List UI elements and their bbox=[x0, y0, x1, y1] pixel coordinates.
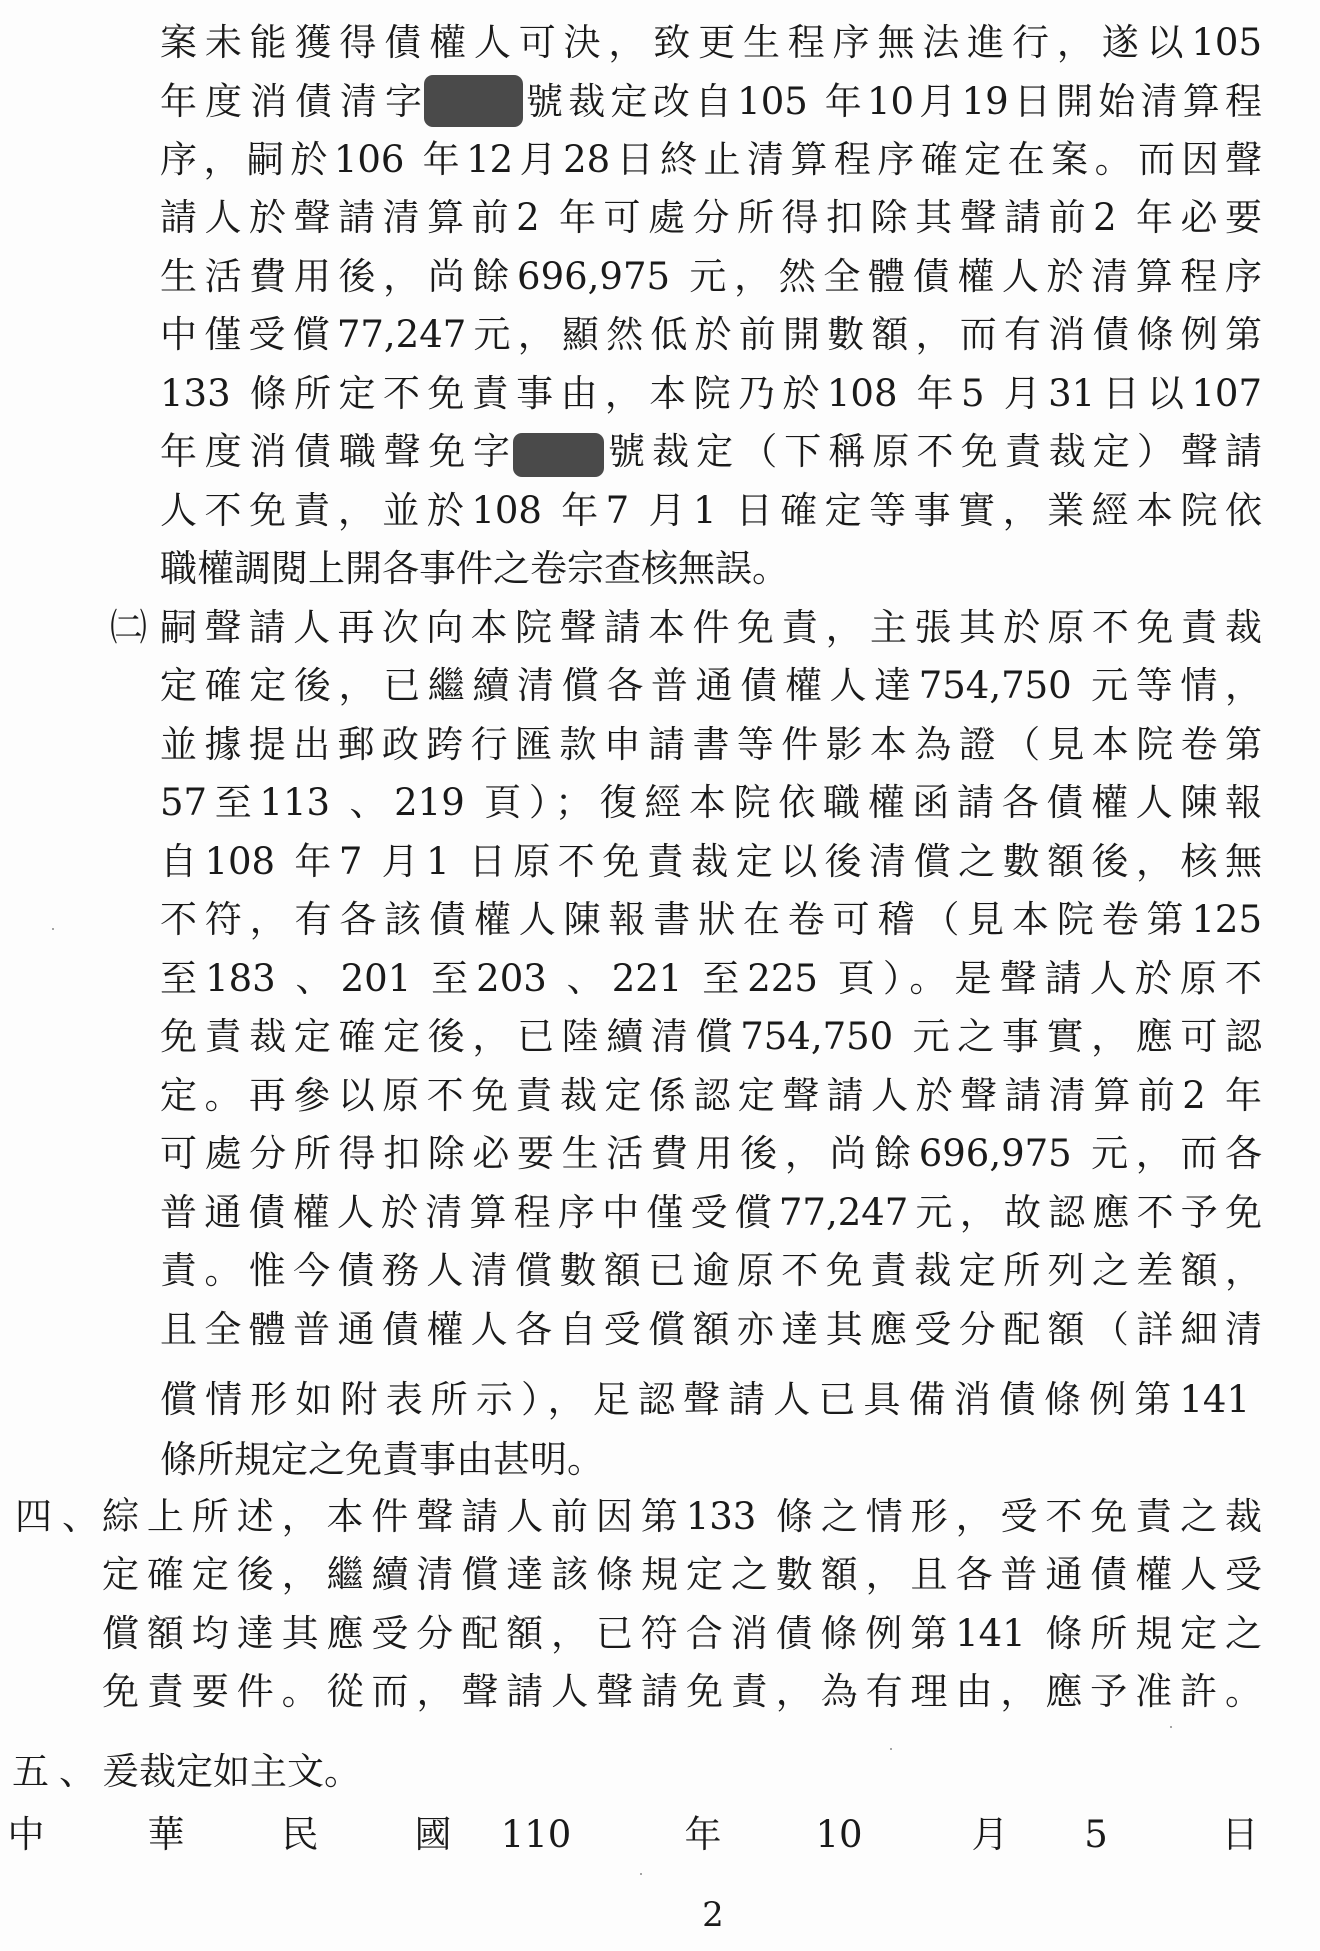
text-line: 條所規定之免責事由甚明。 bbox=[160, 1431, 1262, 1489]
text-line: 號裁定（下稱原不免責裁定）聲請 bbox=[608, 423, 1262, 481]
text-line: 生活費用後，尚餘696,975 元，然全體債權人於清算程序 bbox=[160, 248, 1262, 306]
text-line: 爰裁定如主文。 bbox=[102, 1743, 1262, 1801]
text-line: 免責要件。從而，聲請人聲請免責，為有理由，應予准許。 bbox=[102, 1663, 1262, 1721]
scan-speck bbox=[52, 928, 54, 930]
date-day: 5 bbox=[1084, 1810, 1108, 1860]
text-line: 責。惟今債務人清償數額已逾原不免責裁定所列之差額， bbox=[160, 1242, 1262, 1300]
text-line: 133 條所定不免責事由，本院乃於108 年5 月31日以107 bbox=[160, 365, 1262, 423]
scan-speck bbox=[890, 1748, 892, 1750]
redaction-box bbox=[513, 433, 604, 477]
date-char: 中 bbox=[8, 1810, 45, 1860]
text-line: 可處分所得扣除必要生活費用後，尚餘696,975 元，而各 bbox=[160, 1125, 1262, 1183]
section-marker-2: ㈡ bbox=[110, 599, 147, 657]
text-line: 綜上所述，本件聲請人前因第133 條之情形，受不免責之裁 bbox=[102, 1488, 1262, 1546]
text-line: 案未能獲得債權人可決，致更生程序無法進行，遂以105 bbox=[160, 14, 1262, 72]
text-line: 自108 年7 月1 日原不免責裁定以後清償之數額後，核無 bbox=[160, 833, 1262, 891]
text-line: 序，嗣於106 年12月28日終止清算程序確定在案。而因聲 bbox=[160, 131, 1262, 189]
scan-speck bbox=[1100, 1270, 1102, 1272]
date-month: 10 bbox=[815, 1810, 862, 1860]
section-marker-5: 五、 bbox=[12, 1743, 106, 1801]
document-page: 案未能獲得債權人可決，致更生程序無法進行，遂以105 年度消債清字 號裁定改自1… bbox=[0, 0, 1320, 1951]
date-char: 民 bbox=[282, 1810, 319, 1860]
text-line: 中僅受償77,247元，顯然低於前開數額，而有消債條例第 bbox=[160, 306, 1262, 364]
date-char: 年 bbox=[685, 1810, 722, 1860]
text-line: 定確定後，繼續清償達該條規定之數額，且各普通債權人受 bbox=[102, 1546, 1262, 1604]
text-line: 定確定後，已繼續清償各普通債權人達754,750 元等情， bbox=[160, 657, 1262, 715]
text-line: 至183 、201 至203 、221 至225 頁）。是聲請人於原不 bbox=[160, 950, 1262, 1008]
date-char: 國 bbox=[415, 1810, 452, 1860]
scan-speck bbox=[1170, 1726, 1172, 1728]
text-line: 人不免責，並於108 年7 月1 日確定等事實，業經本院依 bbox=[160, 482, 1262, 540]
section-marker-4: 四、 bbox=[15, 1488, 109, 1546]
redaction-box bbox=[424, 75, 523, 127]
page-number: 2 bbox=[702, 1895, 724, 1935]
text-line: 57至113 、219 頁）；復經本院依職權函請各債權人陳報 bbox=[160, 774, 1262, 832]
text-line: 並據提出郵政跨行匯款申請書等件影本為證（見本院卷第 bbox=[160, 716, 1262, 774]
text-line: 職權調閱上開各事件之卷宗查核無誤。 bbox=[160, 540, 1262, 598]
text-line: 不符，有各該債權人陳報書狀在卷可稽（見本院卷第125 bbox=[160, 891, 1262, 949]
text-line: 償額均達其應受分配額，已符合消債條例第141 條所規定之 bbox=[102, 1605, 1262, 1663]
text-line: 請人於聲請清算前2 年可處分所得扣除其聲請前2 年必要 bbox=[160, 189, 1262, 247]
text-line: 且全體普通債權人各自受償額亦達其應受分配額（詳細清 bbox=[160, 1301, 1262, 1359]
text-line: 償情形如附表所示），足認聲請人已具備消債條例第141 bbox=[160, 1371, 1250, 1429]
text-line: 嗣聲請人再次向本院聲請本件免責，主張其於原不免責裁 bbox=[160, 599, 1262, 657]
text-line: 普通債權人於清算程序中僅受償77,247元，故認應不予免 bbox=[160, 1184, 1262, 1242]
text-line: 年度消債職聲免字 bbox=[160, 423, 510, 481]
scan-speck bbox=[640, 1873, 642, 1875]
date-year: 110 bbox=[501, 1810, 572, 1860]
date-char: 華 bbox=[148, 1810, 185, 1860]
text-line: 號裁定改自105 年10月19日開始清算程 bbox=[526, 73, 1262, 131]
text-line: 定。再參以原不免責裁定係認定聲請人於聲請清算前2 年 bbox=[160, 1067, 1262, 1125]
date-char: 日 bbox=[1222, 1810, 1259, 1860]
text-line: 免責裁定確定後，已陸續清償754,750 元之事實，應可認 bbox=[160, 1008, 1262, 1066]
date-char: 月 bbox=[972, 1810, 1009, 1860]
text-line: 年度消債清字 bbox=[160, 73, 422, 131]
